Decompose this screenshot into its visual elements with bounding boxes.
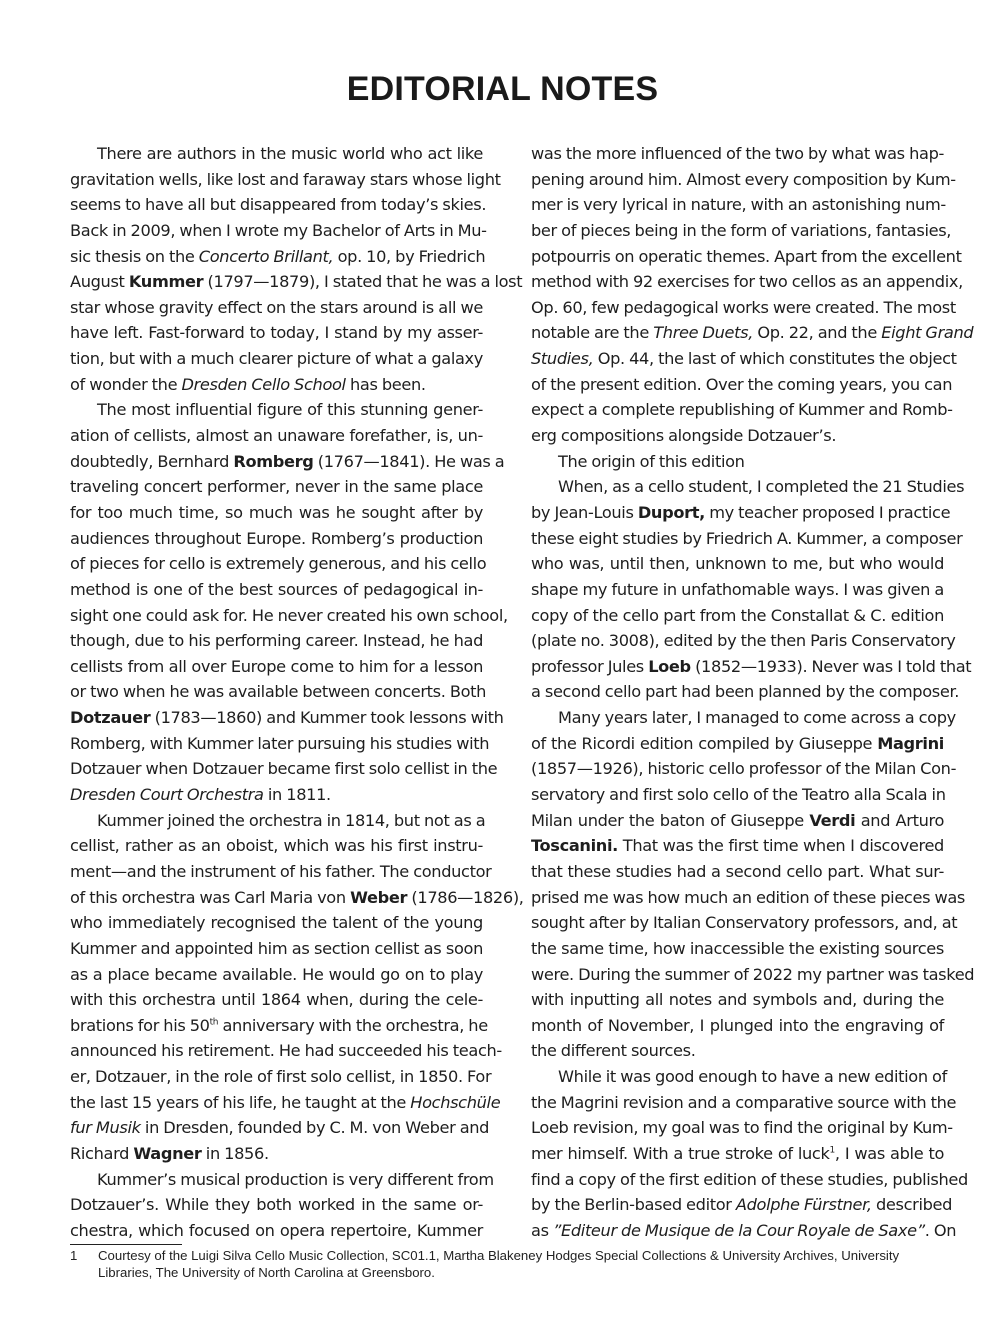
superscript: th <box>210 1017 219 1027</box>
text-line: Dresden Court Orchestra in 1811. <box>70 782 483 808</box>
text-run: Dotzauer when Dotzauer became first solo… <box>70 759 497 778</box>
text-run: op. 10, by Friedrich <box>333 247 485 266</box>
text-run: who immediately recognised the talent of… <box>70 913 483 932</box>
text-run: gravitation wells, like lost and faraway… <box>70 170 501 189</box>
text-run: find a copy of the first edition of thes… <box>531 1170 968 1189</box>
text-line: Studies, Op. 44, the last of which const… <box>531 346 944 372</box>
text-line: chestra, which focused on opera repertoi… <box>70 1218 483 1244</box>
text-line: ment—and the instrument of his father. T… <box>70 859 483 885</box>
footnote: 1 Courtesy of the Luigi Silva Cello Musi… <box>70 1247 940 1281</box>
text-line: When, as a cello student, I completed th… <box>531 474 944 500</box>
text-line: (plate no. 3008), edited by the then Par… <box>531 628 944 654</box>
text-run: professor Jules <box>531 657 648 676</box>
text-line: ation of cellists, almost an unaware for… <box>70 423 483 449</box>
text-run: tion, but with a much clearer picture of… <box>70 349 483 368</box>
text-run: Many years later, I managed to come acro… <box>558 708 956 727</box>
footnote-divider <box>70 1244 182 1245</box>
text-line: the Magrini revision and a comparative s… <box>531 1090 944 1116</box>
text-run: Richard <box>70 1144 133 1163</box>
text-line: brations for his 50th anniversary with t… <box>70 1013 483 1039</box>
text-line: Dotzauer’s. While they both worked in th… <box>70 1192 483 1218</box>
text-run: (1786—1826), <box>407 888 523 907</box>
text-line: of pieces for cello is extremely generou… <box>70 551 483 577</box>
text-run: audiences throughout Europe. Romberg’s p… <box>70 529 483 548</box>
text-run: ation of cellists, almost an unaware for… <box>70 426 483 445</box>
text-line: or two when he was available between con… <box>70 679 483 705</box>
text-run: potpourris on operatic themes. Apart fro… <box>531 247 962 266</box>
text-run: were. During the summer of 2022 my partn… <box>531 965 974 984</box>
text-line: these eight studies by Friedrich A. Kumm… <box>531 526 944 552</box>
text-run: mer is very lyrical in nature, with an a… <box>531 195 946 214</box>
text-run: mer himself. With a true stroke of luck <box>531 1144 830 1163</box>
text-line: of this orchestra was Carl Maria von Web… <box>70 885 483 911</box>
bold-name: Dotzauer <box>70 708 150 727</box>
text-line: was the more influenced of the two by wh… <box>531 141 944 167</box>
text-line: method is one of the best sources of ped… <box>70 577 483 603</box>
text-run: , I was able to <box>835 1144 944 1163</box>
text-line: Kummer’s musical production is very diff… <box>70 1167 483 1193</box>
text-run: (1783—1860) and Kummer took lessons with <box>150 708 503 727</box>
text-line: sought after by Italian Conservatory pro… <box>531 910 944 936</box>
text-run: Kummer joined the orchestra in 1814, but… <box>97 811 485 830</box>
text-line: for too much time, so much was he sought… <box>70 500 483 526</box>
text-run: Op. 22, and the <box>753 323 881 342</box>
text-line: cellist, rather as an oboist, which was … <box>70 833 483 859</box>
text-line: that these studies had a second cello pa… <box>531 859 944 885</box>
text-line: as ”Editeur de Musique de la Cour Royale… <box>531 1218 944 1244</box>
text-run: cellists from all over Europe come to hi… <box>70 657 483 676</box>
text-line: by Jean-Louis Duport, my teacher propose… <box>531 500 944 526</box>
text-run: (plate no. 3008), edited by the then Par… <box>531 631 956 650</box>
text-line: Toscanini. That was the first time when … <box>531 833 944 859</box>
text-run: (1767—1841). He was a <box>313 452 504 471</box>
italic-title: Eight Grand <box>881 323 973 342</box>
text-line: Milan under the baton of Giuseppe Verdi … <box>531 808 944 834</box>
text-line: potpourris on operatic themes. Apart fro… <box>531 244 944 270</box>
text-run: sought after by Italian Conservatory pro… <box>531 913 957 932</box>
text-run: The most influential figure of this stun… <box>97 400 483 419</box>
text-line: tion, but with a much clearer picture of… <box>70 346 483 372</box>
text-line: though, due to his performing career. In… <box>70 628 483 654</box>
text-run: of this orchestra was Carl Maria von <box>70 888 350 907</box>
text-run: of the present edition. Over the coming … <box>531 375 952 394</box>
italic-title: Three Duets, <box>653 323 753 342</box>
text-run: with this orchestra until 1864 when, dur… <box>70 990 483 1009</box>
text-line: as a place became available. He would go… <box>70 962 483 988</box>
text-line: gravitation wells, like lost and faraway… <box>70 167 483 193</box>
text-run: have left. Fast-forward to today, I stan… <box>70 323 483 342</box>
italic-title: Dresden Cello School <box>182 375 346 394</box>
text-line: doubtedly, Bernhard Romberg (1767—1841).… <box>70 449 483 475</box>
text-line: audiences throughout Europe. Romberg’s p… <box>70 526 483 552</box>
text-run: of wonder the <box>70 375 182 394</box>
text-run: notable are the <box>531 323 653 342</box>
text-line: sic thesis on the Concerto Brillant, op.… <box>70 244 483 270</box>
bold-name: Loeb <box>648 657 691 676</box>
text-run: method with 92 exercises for two cellos … <box>531 272 963 291</box>
footnote-text: Courtesy of the Luigi Silva Cello Music … <box>98 1247 940 1281</box>
text-run: chestra, which focused on opera repertoi… <box>70 1221 483 1240</box>
text-run: copy of the cello part from the Constall… <box>531 606 944 625</box>
italic-title: ”Editeur de Musique de la Cour Royale de… <box>553 1221 925 1240</box>
bold-name: Magrini <box>877 734 944 753</box>
text-run: ment—and the instrument of his father. T… <box>70 862 491 881</box>
footnote-number: 1 <box>70 1247 77 1264</box>
text-run: Kummer and appointed him as section cell… <box>70 939 483 958</box>
bold-name: Weber <box>350 888 407 907</box>
text-line: er, Dotzauer, in the role of first solo … <box>70 1064 483 1090</box>
text-line: the same time, how inaccessible the exis… <box>531 936 944 962</box>
text-line: of the Ricordi edition compiled by Giuse… <box>531 731 944 757</box>
text-run: has been. <box>346 375 426 394</box>
text-run: . On <box>925 1221 956 1240</box>
text-line: who immediately recognised the talent of… <box>70 910 483 936</box>
text-line: Richard Wagner in 1856. <box>70 1141 483 1167</box>
text-run: in 1811. <box>264 785 331 804</box>
text-line: Op. 60, few pedagogical works were creat… <box>531 295 944 321</box>
text-line: copy of the cello part from the Constall… <box>531 603 944 629</box>
text-run: ber of pieces being in the form of varia… <box>531 221 951 240</box>
text-run: sight one could ask for. He never create… <box>70 606 508 625</box>
italic-title: fur Musik <box>70 1118 141 1137</box>
text-line: were. During the summer of 2022 my partn… <box>531 962 944 988</box>
text-line: Dotzauer when Dotzauer became first solo… <box>70 756 483 782</box>
text-line: expect a complete republishing of Kummer… <box>531 397 944 423</box>
text-run: described <box>872 1195 952 1214</box>
text-line: traveling concert performer, never in th… <box>70 474 483 500</box>
text-line: shape my future in unfathomable ways. I … <box>531 577 944 603</box>
text-line: servatory and first solo cello of the Te… <box>531 782 944 808</box>
text-run: the different sources. <box>531 1041 696 1060</box>
text-run: though, due to his performing career. In… <box>70 631 483 650</box>
text-run: month of November, I plunged into the en… <box>531 1016 944 1035</box>
text-column-left: There are authors in the music world who… <box>70 141 483 1244</box>
text-line: professor Jules Loeb (1852—1933). Never … <box>531 654 944 680</box>
text-run: as <box>531 1221 553 1240</box>
text-run: of pieces for cello is extremely generou… <box>70 554 486 573</box>
text-line: with this orchestra until 1864 when, dur… <box>70 987 483 1013</box>
text-run: (1797—1879), I stated that he was a lost <box>203 272 522 291</box>
text-line: cellists from all over Europe come to hi… <box>70 654 483 680</box>
text-line: who was, until then, unknown to me, but … <box>531 551 944 577</box>
text-run: expect a complete republishing of Kummer… <box>531 400 953 419</box>
text-run: in 1856. <box>202 1144 269 1163</box>
text-run: the last 15 years of his life, he taught… <box>70 1093 410 1112</box>
text-run: (1852—1933). Never was I told that <box>691 657 972 676</box>
text-run: in Dresden, founded by C. M. von Weber a… <box>141 1118 489 1137</box>
text-line: Kummer and appointed him as section cell… <box>70 936 483 962</box>
text-line: Romberg, with Kummer later pursuing his … <box>70 731 483 757</box>
page-title: EDITORIAL NOTES <box>0 70 1005 109</box>
italic-title: Adolphe Fürstner, <box>736 1195 872 1214</box>
text-line: have left. Fast-forward to today, I stan… <box>70 320 483 346</box>
text-run: erg compositions alongside Dotzauer’s. <box>531 426 836 445</box>
text-line: month of November, I plunged into the en… <box>531 1013 944 1039</box>
bold-name: Wagner <box>133 1144 201 1163</box>
text-run: announced his retirement. He had succeed… <box>70 1041 502 1060</box>
bold-name: Verdi <box>809 811 855 830</box>
text-line: There are authors in the music world who… <box>70 141 483 167</box>
bold-name: Duport, <box>638 503 705 522</box>
text-line: The most influential figure of this stun… <box>70 397 483 423</box>
text-run: traveling concert performer, never in th… <box>70 477 483 496</box>
italic-title: Hochschüle <box>410 1093 500 1112</box>
text-line: the different sources. <box>531 1038 944 1064</box>
text-run: Op. 60, few pedagogical works were creat… <box>531 298 956 317</box>
text-run: a second cello part had been planned by … <box>531 682 959 701</box>
text-run: my teacher proposed I practice <box>705 503 950 522</box>
text-run: servatory and first solo cello of the Te… <box>531 785 946 804</box>
text-line: with inputting all notes and symbols and… <box>531 987 944 1013</box>
text-run: seems to have all but disappeared from t… <box>70 195 486 214</box>
text-run: Romberg, with Kummer later pursuing his … <box>70 734 489 753</box>
bold-name: Kummer <box>129 272 203 291</box>
text-line: The origin of this edition <box>531 449 944 475</box>
text-run: and Arturo <box>855 811 944 830</box>
text-line: of the present edition. Over the coming … <box>531 372 944 398</box>
text-run: When, as a cello student, I completed th… <box>558 477 964 496</box>
italic-title: Studies, <box>531 349 593 368</box>
text-run: by Jean-Louis <box>531 503 638 522</box>
text-run: The origin of this edition <box>558 452 745 471</box>
text-line: of wonder the Dresden Cello School has b… <box>70 372 483 398</box>
text-run: brations for his 50 <box>70 1016 210 1035</box>
text-line: Many years later, I managed to come acro… <box>531 705 944 731</box>
text-line: Kummer joined the orchestra in 1814, but… <box>70 808 483 834</box>
text-line: sight one could ask for. He never create… <box>70 603 483 629</box>
text-line: method with 92 exercises for two cellos … <box>531 269 944 295</box>
text-column-right: was the more influenced of the two by wh… <box>531 141 944 1244</box>
text-run: August <box>70 272 129 291</box>
text-line: notable are the Three Duets, Op. 22, and… <box>531 320 944 346</box>
text-run: (1857—1926), historic cello professor of… <box>531 759 956 778</box>
text-run: While it was good enough to have a new e… <box>558 1067 947 1086</box>
text-run: the Magrini revision and a comparative s… <box>531 1093 956 1112</box>
text-run: who was, until then, unknown to me, but … <box>531 554 944 573</box>
text-run: with inputting all notes and symbols and… <box>531 990 944 1009</box>
text-line: seems to have all but disappeared from t… <box>70 192 483 218</box>
text-line: (1857—1926), historic cello professor of… <box>531 756 944 782</box>
italic-title: Dresden Court Orchestra <box>70 785 264 804</box>
text-run: prised me was how much an edition of the… <box>531 888 965 907</box>
text-line: erg compositions alongside Dotzauer’s. <box>531 423 944 449</box>
text-run: method is one of the best sources of ped… <box>70 580 483 599</box>
text-run: Back in 2009, when I wrote my Bachelor o… <box>70 221 487 240</box>
text-line: mer is very lyrical in nature, with an a… <box>531 192 944 218</box>
text-run: anniversary with the orchestra, he <box>218 1016 488 1035</box>
text-run: these eight studies by Friedrich A. Kumm… <box>531 529 962 548</box>
text-line: a second cello part had been planned by … <box>531 679 944 705</box>
text-line: pening around him. Almost every composit… <box>531 167 944 193</box>
text-run: Kummer’s musical production is very diff… <box>97 1170 494 1189</box>
text-run: pening around him. Almost every composit… <box>531 170 956 189</box>
text-run: Dotzauer’s. While they both worked in th… <box>70 1195 483 1214</box>
text-run: of the Ricordi edition compiled by Giuse… <box>531 734 877 753</box>
bold-name: Romberg <box>233 452 313 471</box>
text-run: doubtedly, Bernhard <box>70 452 233 471</box>
text-run: That was the first time when I discovere… <box>618 836 944 855</box>
italic-title: Concerto Brillant, <box>199 247 334 266</box>
text-line: the last 15 years of his life, he taught… <box>70 1090 483 1116</box>
text-run: There are authors in the music world who… <box>97 144 483 163</box>
text-line: Loeb revision, my goal was to find the o… <box>531 1115 944 1141</box>
text-run: that these studies had a second cello pa… <box>531 862 944 881</box>
text-run: Milan under the baton of Giuseppe <box>531 811 809 830</box>
text-line: announced his retirement. He had succeed… <box>70 1038 483 1064</box>
text-run: shape my future in unfathomable ways. I … <box>531 580 944 599</box>
text-line: prised me was how much an edition of the… <box>531 885 944 911</box>
text-line: by the Berlin-based editor Adolphe Fürst… <box>531 1192 944 1218</box>
text-run: as a place became available. He would go… <box>70 965 483 984</box>
text-line: ber of pieces being in the form of varia… <box>531 218 944 244</box>
text-run: cellist, rather as an oboist, which was … <box>70 836 483 855</box>
text-line: mer himself. With a true stroke of luck1… <box>531 1141 944 1167</box>
text-run: or two when he was available between con… <box>70 682 486 701</box>
text-line: Dotzauer (1783—1860) and Kummer took les… <box>70 705 483 731</box>
text-run: by the Berlin-based editor <box>531 1195 736 1214</box>
text-run: the same time, how inaccessible the exis… <box>531 939 944 958</box>
text-run: sic thesis on the <box>70 247 199 266</box>
bold-name: Toscanini. <box>531 836 618 855</box>
text-line: While it was good enough to have a new e… <box>531 1064 944 1090</box>
text-run: for too much time, so much was he sought… <box>70 503 483 522</box>
text-run: star whose gravity effect on the stars a… <box>70 298 483 317</box>
text-run: er, Dotzauer, in the role of first solo … <box>70 1067 491 1086</box>
text-run: Loeb revision, my goal was to find the o… <box>531 1118 953 1137</box>
text-run: was the more influenced of the two by wh… <box>531 144 944 163</box>
text-run: Op. 44, the last of which constitutes th… <box>593 349 956 368</box>
text-line: August Kummer (1797—1879), I stated that… <box>70 269 483 295</box>
text-line: star whose gravity effect on the stars a… <box>70 295 483 321</box>
text-line: find a copy of the first edition of thes… <box>531 1167 944 1193</box>
text-line: Back in 2009, when I wrote my Bachelor o… <box>70 218 483 244</box>
text-line: fur Musik in Dresden, founded by C. M. v… <box>70 1115 483 1141</box>
